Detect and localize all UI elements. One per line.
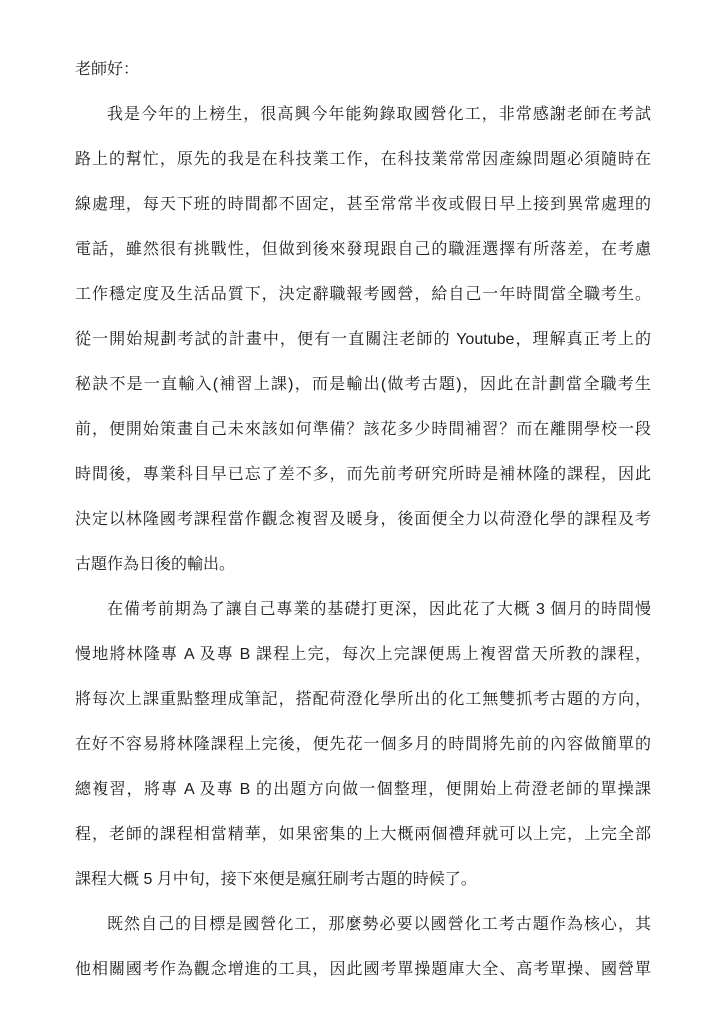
text-line: 在備考前期為了讓自己專業的基礎打更深，因此花了大概 3 個月的時間慢 bbox=[75, 587, 651, 632]
text-line: 將每次上課重點整理成筆記，搭配荷澄化學所出的化工無雙抓考古題的方向， bbox=[75, 677, 651, 722]
text-line: 工作穩定度及生活品質下，決定辭職報考國營，給自己一年時間當全職考生。 bbox=[75, 272, 651, 317]
text-line: 老師好： bbox=[75, 47, 651, 92]
text-line: 前，便開始策畫自己未來該如何準備？該花多少時間補習？而在離開學校一段 bbox=[75, 407, 651, 452]
text-line: 古題作為日後的輸出。 bbox=[75, 542, 651, 587]
text-line: 課程大概 5 月中旬，接下來便是瘋狂刷考古題的時候了。 bbox=[75, 857, 651, 902]
text-line: 從一開始規劃考試的計畫中，便有一直關注老師的 Youtube，理解真正考上的 bbox=[75, 317, 651, 362]
text-line: 路上的幫忙，原先的我是在科技業工作，在科技業常常因產線問題必須隨時在 bbox=[75, 137, 651, 182]
text-line: 既然自己的目標是國營化工，那麼勢必要以國營化工考古題作為核心，其 bbox=[75, 902, 651, 947]
text-line: 我是今年的上榜生，很高興今年能夠錄取國營化工，非常感謝老師在考試 bbox=[75, 92, 651, 137]
text-line: 線處理，每天下班的時間都不固定，甚至常常半夜或假日早上接到異常處理的 bbox=[75, 182, 651, 227]
text-line: 時間後，專業科目早已忘了差不多，而先前考研究所時是補林隆的課程，因此 bbox=[75, 452, 651, 497]
text-line: 總複習，將專 A 及專 B 的出題方向做一個整理，便開始上荷澄老師的單操課 bbox=[75, 767, 651, 812]
text-line: 他相關國考作為觀念增進的工具，因此國考單操題庫大全、高考單操、國營單 bbox=[75, 947, 651, 992]
letter-body: 老師好：我是今年的上榜生，很高興今年能夠錄取國營化工，非常感謝老師在考試路上的幫… bbox=[75, 47, 651, 992]
document-page: 老師好：我是今年的上榜生，很高興今年能夠錄取國營化工，非常感謝老師在考試路上的幫… bbox=[0, 0, 724, 1024]
text-line: 慢地將林隆專 A 及專 B 課程上完，每次上完課便馬上複習當天所教的課程， bbox=[75, 632, 651, 677]
text-line: 電話，雖然很有挑戰性，但做到後來發現跟自己的職涯選擇有所落差，在考慮 bbox=[75, 227, 651, 272]
text-line: 在好不容易將林隆課程上完後，便先花一個多月的時間將先前的內容做簡單的 bbox=[75, 722, 651, 767]
text-line: 決定以林隆國考課程當作觀念複習及暖身，後面便全力以荷澄化學的課程及考 bbox=[75, 497, 651, 542]
text-line: 程，老師的課程相當精華，如果密集的上大概兩個禮拜就可以上完，上完全部 bbox=[75, 812, 651, 857]
text-line: 秘訣不是一直輸入(補習上課)，而是輸出(做考古題)，因此在計劃當全職考生 bbox=[75, 362, 651, 407]
